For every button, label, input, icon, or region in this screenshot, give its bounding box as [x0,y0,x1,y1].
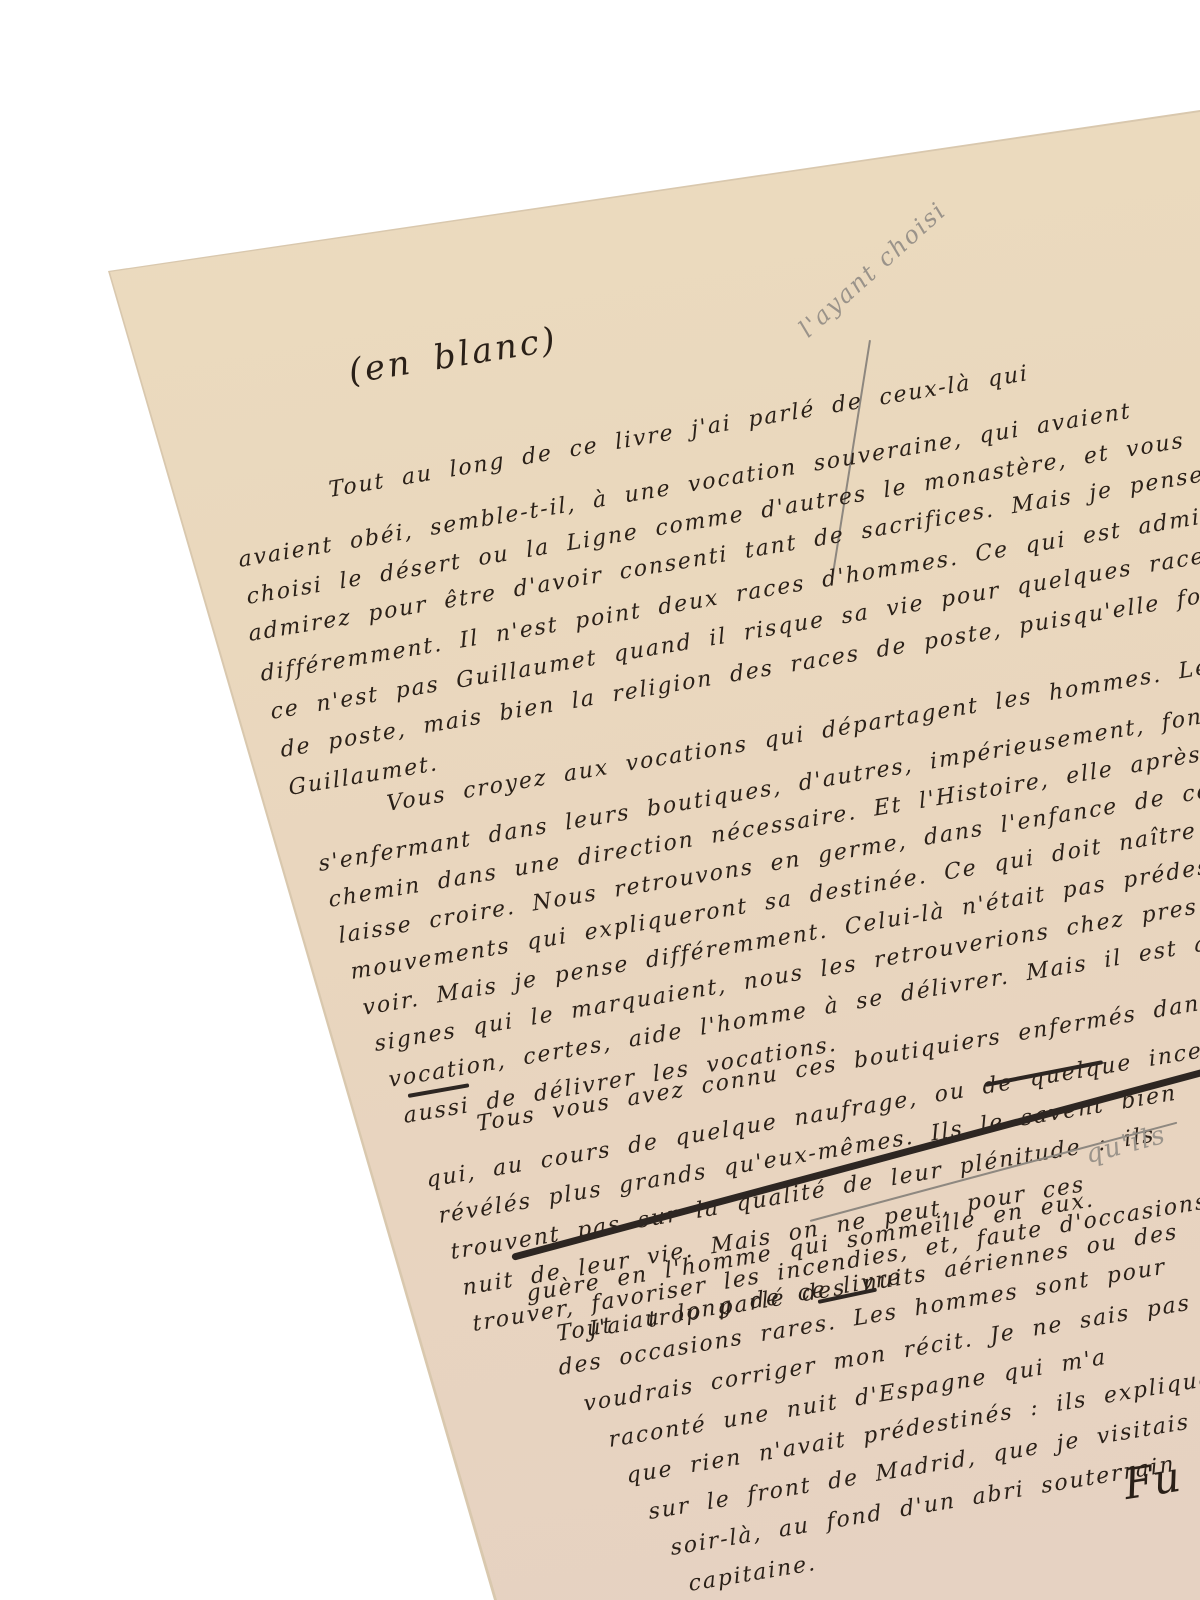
manuscript-page: (en blanc) l'ayant choisi Tout au long d… [0,0,1200,1600]
signature-initials: Fu [1120,1452,1183,1509]
pencil-annotation: l'ayant choisi [793,196,952,343]
photo-stage: (en blanc) l'ayant choisi Tout au long d… [0,0,1200,1600]
heading: (en blanc) [346,319,561,392]
text-line: capitaine. [688,1551,818,1597]
